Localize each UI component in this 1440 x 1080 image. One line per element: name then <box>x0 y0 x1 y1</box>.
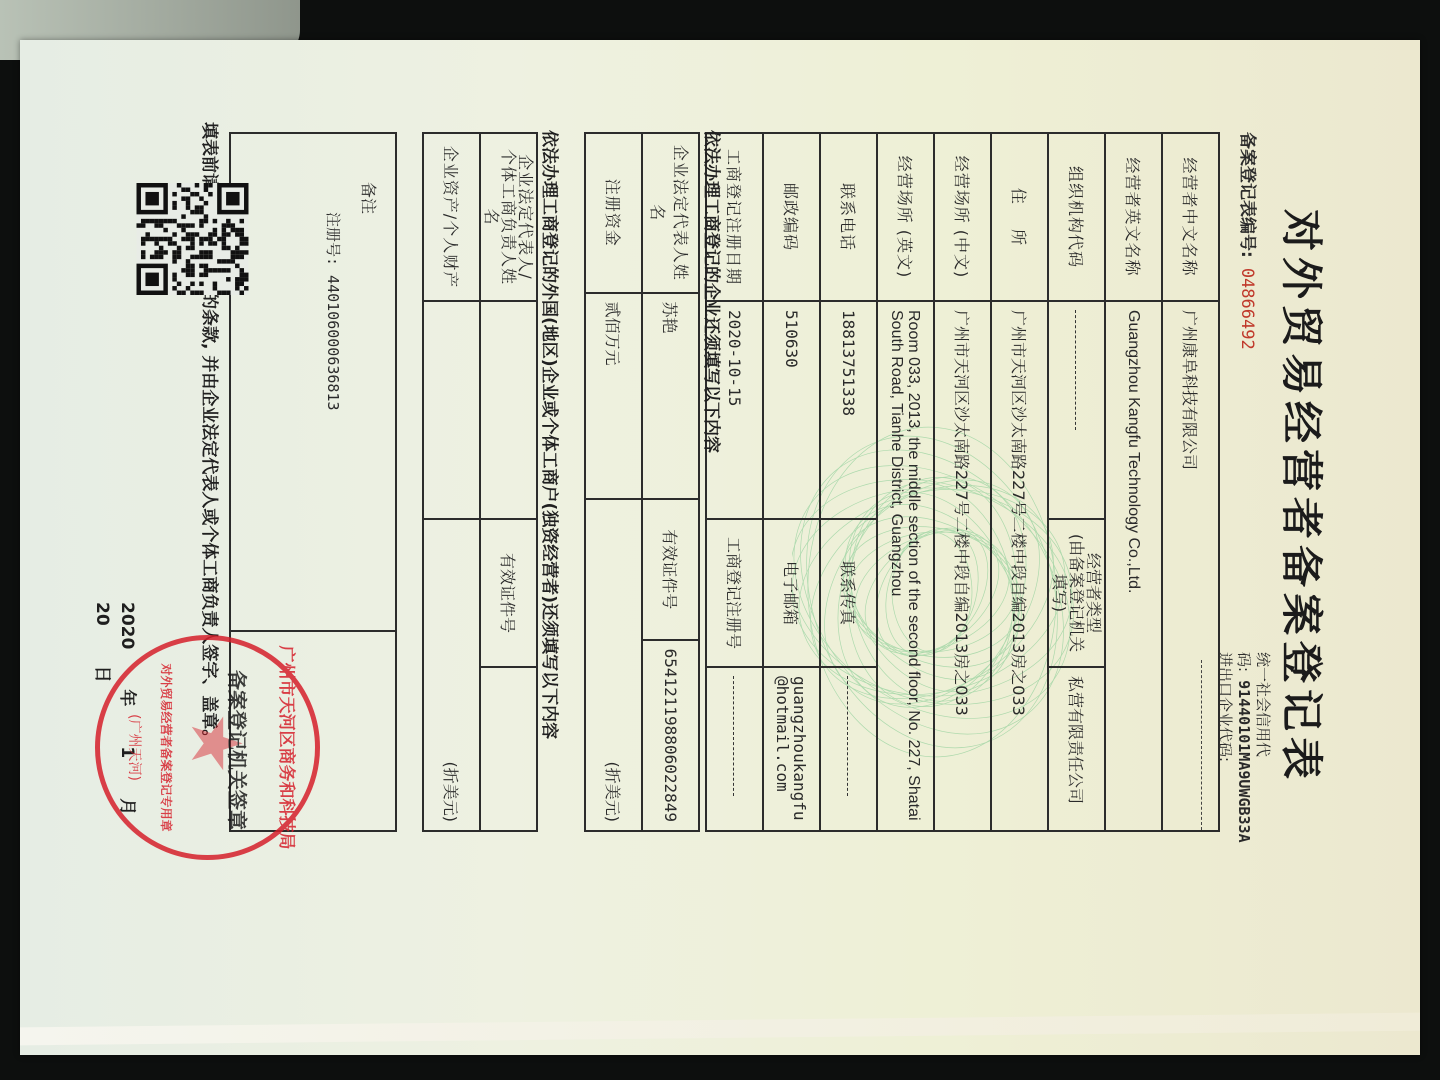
label-cn-name: 经营者中文名称 <box>1162 133 1219 301</box>
value-foreign-id <box>480 667 537 831</box>
date-day: 20 <box>92 602 112 626</box>
label-id-number: 有效证件号 <box>642 499 699 640</box>
value-org-code <box>1048 301 1105 519</box>
table-row: 经营者英文名称 Guangzhou Kangfu Technology Co.,… <box>1105 133 1162 831</box>
value-email: guangzhoukangfu@hotmail.com <box>763 667 820 831</box>
label-email: 电子邮箱 <box>763 519 820 667</box>
remarks-cell: 备注 注册号: 440106000636813 <box>230 133 396 631</box>
label-premises-en: 经营场所 (英文) <box>877 133 934 301</box>
table-row: 经营场所 (英文) Room 033, 2013, the middle sec… <box>877 133 934 831</box>
label-premises-cn: 经营场所 (中文) <box>934 133 991 301</box>
seal-center-text: 对外贸易经营者备案登记专用章 <box>158 640 175 855</box>
remarks-content: 注册号: 440106000636813 <box>323 142 344 622</box>
qr-code-icon[interactable] <box>135 183 250 295</box>
value-foreign-rep <box>480 301 537 519</box>
record-number-label: 备案登记表编号: <box>1237 132 1257 258</box>
enterprise-table: 企业法定代表人姓名 苏艳 有效证件号 654121198806022849 注册… <box>584 132 700 832</box>
remarks-label: 备注 <box>358 142 381 622</box>
value-premises-en: Room 033, 2013, the middle section of th… <box>877 301 934 831</box>
label-foreign-rep: 企业法定代表人/ 个体工商负责人姓名 <box>480 133 537 301</box>
value-fax <box>820 667 877 831</box>
table-row: 住 所 广州市天河区沙太南路227号二楼中段自编2013房之033 <box>991 133 1048 831</box>
table-row: 注册资金 贰佰万元 (折美元) <box>585 133 642 831</box>
label-reg-capital: 注册资金 <box>585 133 642 293</box>
label-fax: 联系传真 <box>820 519 877 667</box>
label-operator-type: 经营者类型 (由备案登记机关填写) <box>1048 519 1105 667</box>
label-foreign-id: 有效证件号 <box>480 519 537 667</box>
label-phone: 联系电话 <box>820 133 877 301</box>
table-row: 企业法定代表人姓名 苏艳 有效证件号 654121198806022849 <box>642 133 699 831</box>
value-premises-cn: 广州市天河区沙太南路227号二楼中段自编2013房之033 <box>934 301 991 831</box>
table-row: 企业法定代表人/ 个体工商负责人姓名 有效证件号 <box>480 133 537 831</box>
value-reg-capital: 贰佰万元 <box>585 293 642 499</box>
table-row: 联系电话 18813751338 联系传真 <box>820 133 877 831</box>
section-foreign-heading: 依法办理工商登记的外国(地区)企业或个体工商户(独资经营者)还须填写以下内容 <box>539 130 564 739</box>
section-enterprise-heading: 依法办理工商登记的企业还须填写以下内容 <box>701 130 726 453</box>
value-capital-usd: (折美元) <box>585 499 642 831</box>
label-address: 住 所 <box>991 133 1048 301</box>
table-row: 邮政编码 510630 电子邮箱 guangzhoukangfu@hotmail… <box>763 133 820 831</box>
label-reg-number: 工商登记注册号 <box>706 519 763 667</box>
record-number-value: 04866492 <box>1237 268 1257 350</box>
uscc-value: 91440101MA9UWGB33A <box>1235 680 1253 843</box>
value-assets-usd: (折美元) <box>423 519 480 831</box>
table-row: 经营者中文名称 广州康阜科技有限公司 <box>1162 133 1219 831</box>
value-legal-rep: 苏艳 <box>642 293 699 499</box>
seal-overlay-text: 备案登记机关签章 <box>224 630 253 870</box>
value-postcode: 510630 <box>763 301 820 519</box>
value-reg-number <box>706 667 763 831</box>
official-seal: 广州市天河区商务和科技局 ★ 备案登记机关签章 对外贸易经营者备案登记专用章 (… <box>95 635 320 860</box>
value-cn-name: 广州康阜科技有限公司 <box>1162 301 1219 831</box>
main-info-table: 经营者中文名称 广州康阜科技有限公司 经营者英文名称 Guangzhou Kan… <box>705 132 1220 832</box>
value-en-name: Guangzhou Kangfu Technology Co.,Ltd. <box>1105 301 1162 831</box>
form-meta: 备案登记表编号:04866492 统一社会信用代码:91440101MA9UWG… <box>1228 132 1272 882</box>
label-postcode: 邮政编码 <box>763 133 820 301</box>
form-title: 对外贸易经营者备案登记表 <box>1274 112 1334 882</box>
seal-ring-text: 广州市天河区商务和科技局 <box>276 640 301 855</box>
label-assets: 企业资产/个人财产 <box>423 133 480 301</box>
value-operator-type: 私营有限责任公司 <box>1048 667 1105 831</box>
record-number: 备案登记表编号:04866492 <box>1237 132 1262 350</box>
value-assets <box>423 301 480 519</box>
seal-bottom-text: (广州天河) <box>125 640 145 855</box>
table-row: 经营场所 (中文) 广州市天河区沙太南路227号二楼中段自编2013房之033 <box>934 133 991 831</box>
value-id-number: 654121198806022849 <box>642 640 699 831</box>
table-row: 组织机构代码 经营者类型 (由备案登记机关填写) 私营有限责任公司 <box>1048 133 1105 831</box>
value-address: 广州市天河区沙太南路227号二楼中段自编2013房之033 <box>991 301 1048 831</box>
foreign-table: 企业法定代表人/ 个体工商负责人姓名 有效证件号 企业资产/个人财产 (折美元) <box>422 132 538 832</box>
date-day-label: 日 <box>92 666 117 683</box>
label-legal-rep: 企业法定代表人姓名 <box>642 133 699 293</box>
value-phone: 18813751338 <box>820 301 877 519</box>
label-en-name: 经营者英文名称 <box>1105 133 1162 301</box>
label-org-code: 组织机构代码 <box>1048 133 1105 301</box>
table-row: 企业资产/个人财产 (折美元) <box>423 133 480 831</box>
